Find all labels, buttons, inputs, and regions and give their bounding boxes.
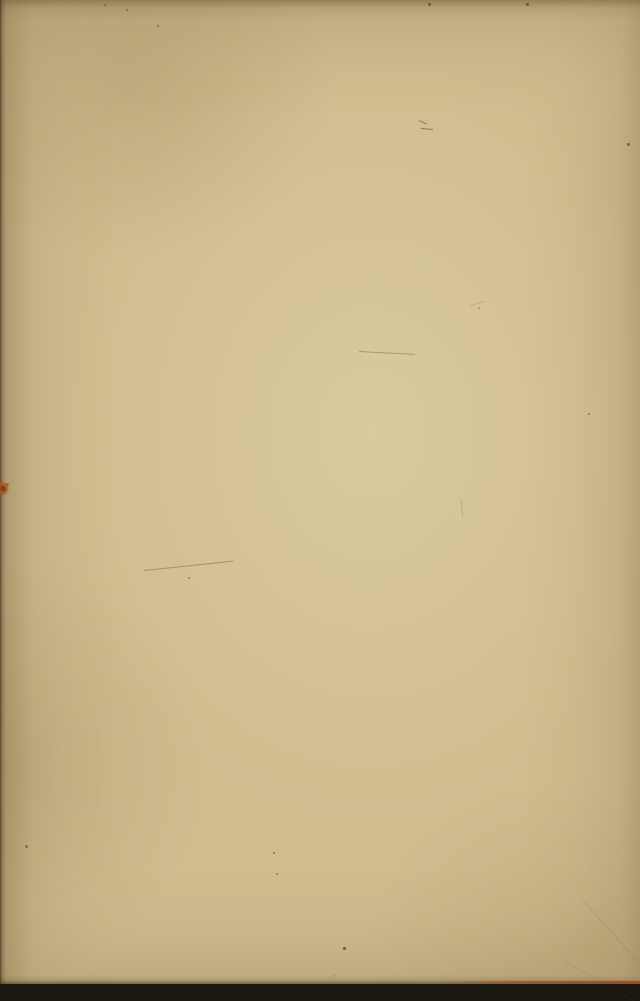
paper-speck xyxy=(428,3,431,6)
paper-scratch xyxy=(144,561,234,571)
paper-speck xyxy=(273,852,275,854)
paper-speck xyxy=(526,3,529,6)
paper-speck xyxy=(333,974,336,977)
paper-speck xyxy=(627,143,630,146)
paper-speck xyxy=(188,577,190,579)
paper-scratch xyxy=(560,958,634,984)
top-page-edge-shadow xyxy=(0,0,640,8)
rust-stain xyxy=(6,483,9,486)
paper-speck xyxy=(104,4,106,6)
paper-speck xyxy=(157,25,159,27)
scanned-blank-book-page xyxy=(0,0,640,984)
paper-speck xyxy=(276,873,278,875)
paper-scratch xyxy=(421,128,433,130)
rust-stain xyxy=(0,481,9,496)
paper-scratch xyxy=(461,498,464,516)
paper-speck xyxy=(126,9,128,11)
paper-speck xyxy=(478,307,480,309)
paper-scratch xyxy=(359,351,415,355)
paper-scratch xyxy=(583,900,640,982)
paper-speck xyxy=(588,413,590,415)
paper-speck xyxy=(25,845,28,848)
paper-speck xyxy=(343,947,346,950)
rust-stain xyxy=(0,485,6,492)
paper-scratch xyxy=(419,120,428,125)
left-page-edge-shadow xyxy=(0,0,6,984)
bottom-page-edge-shadow xyxy=(0,975,640,984)
paper-marks-layer xyxy=(0,0,640,984)
paper-scratch xyxy=(470,301,486,306)
